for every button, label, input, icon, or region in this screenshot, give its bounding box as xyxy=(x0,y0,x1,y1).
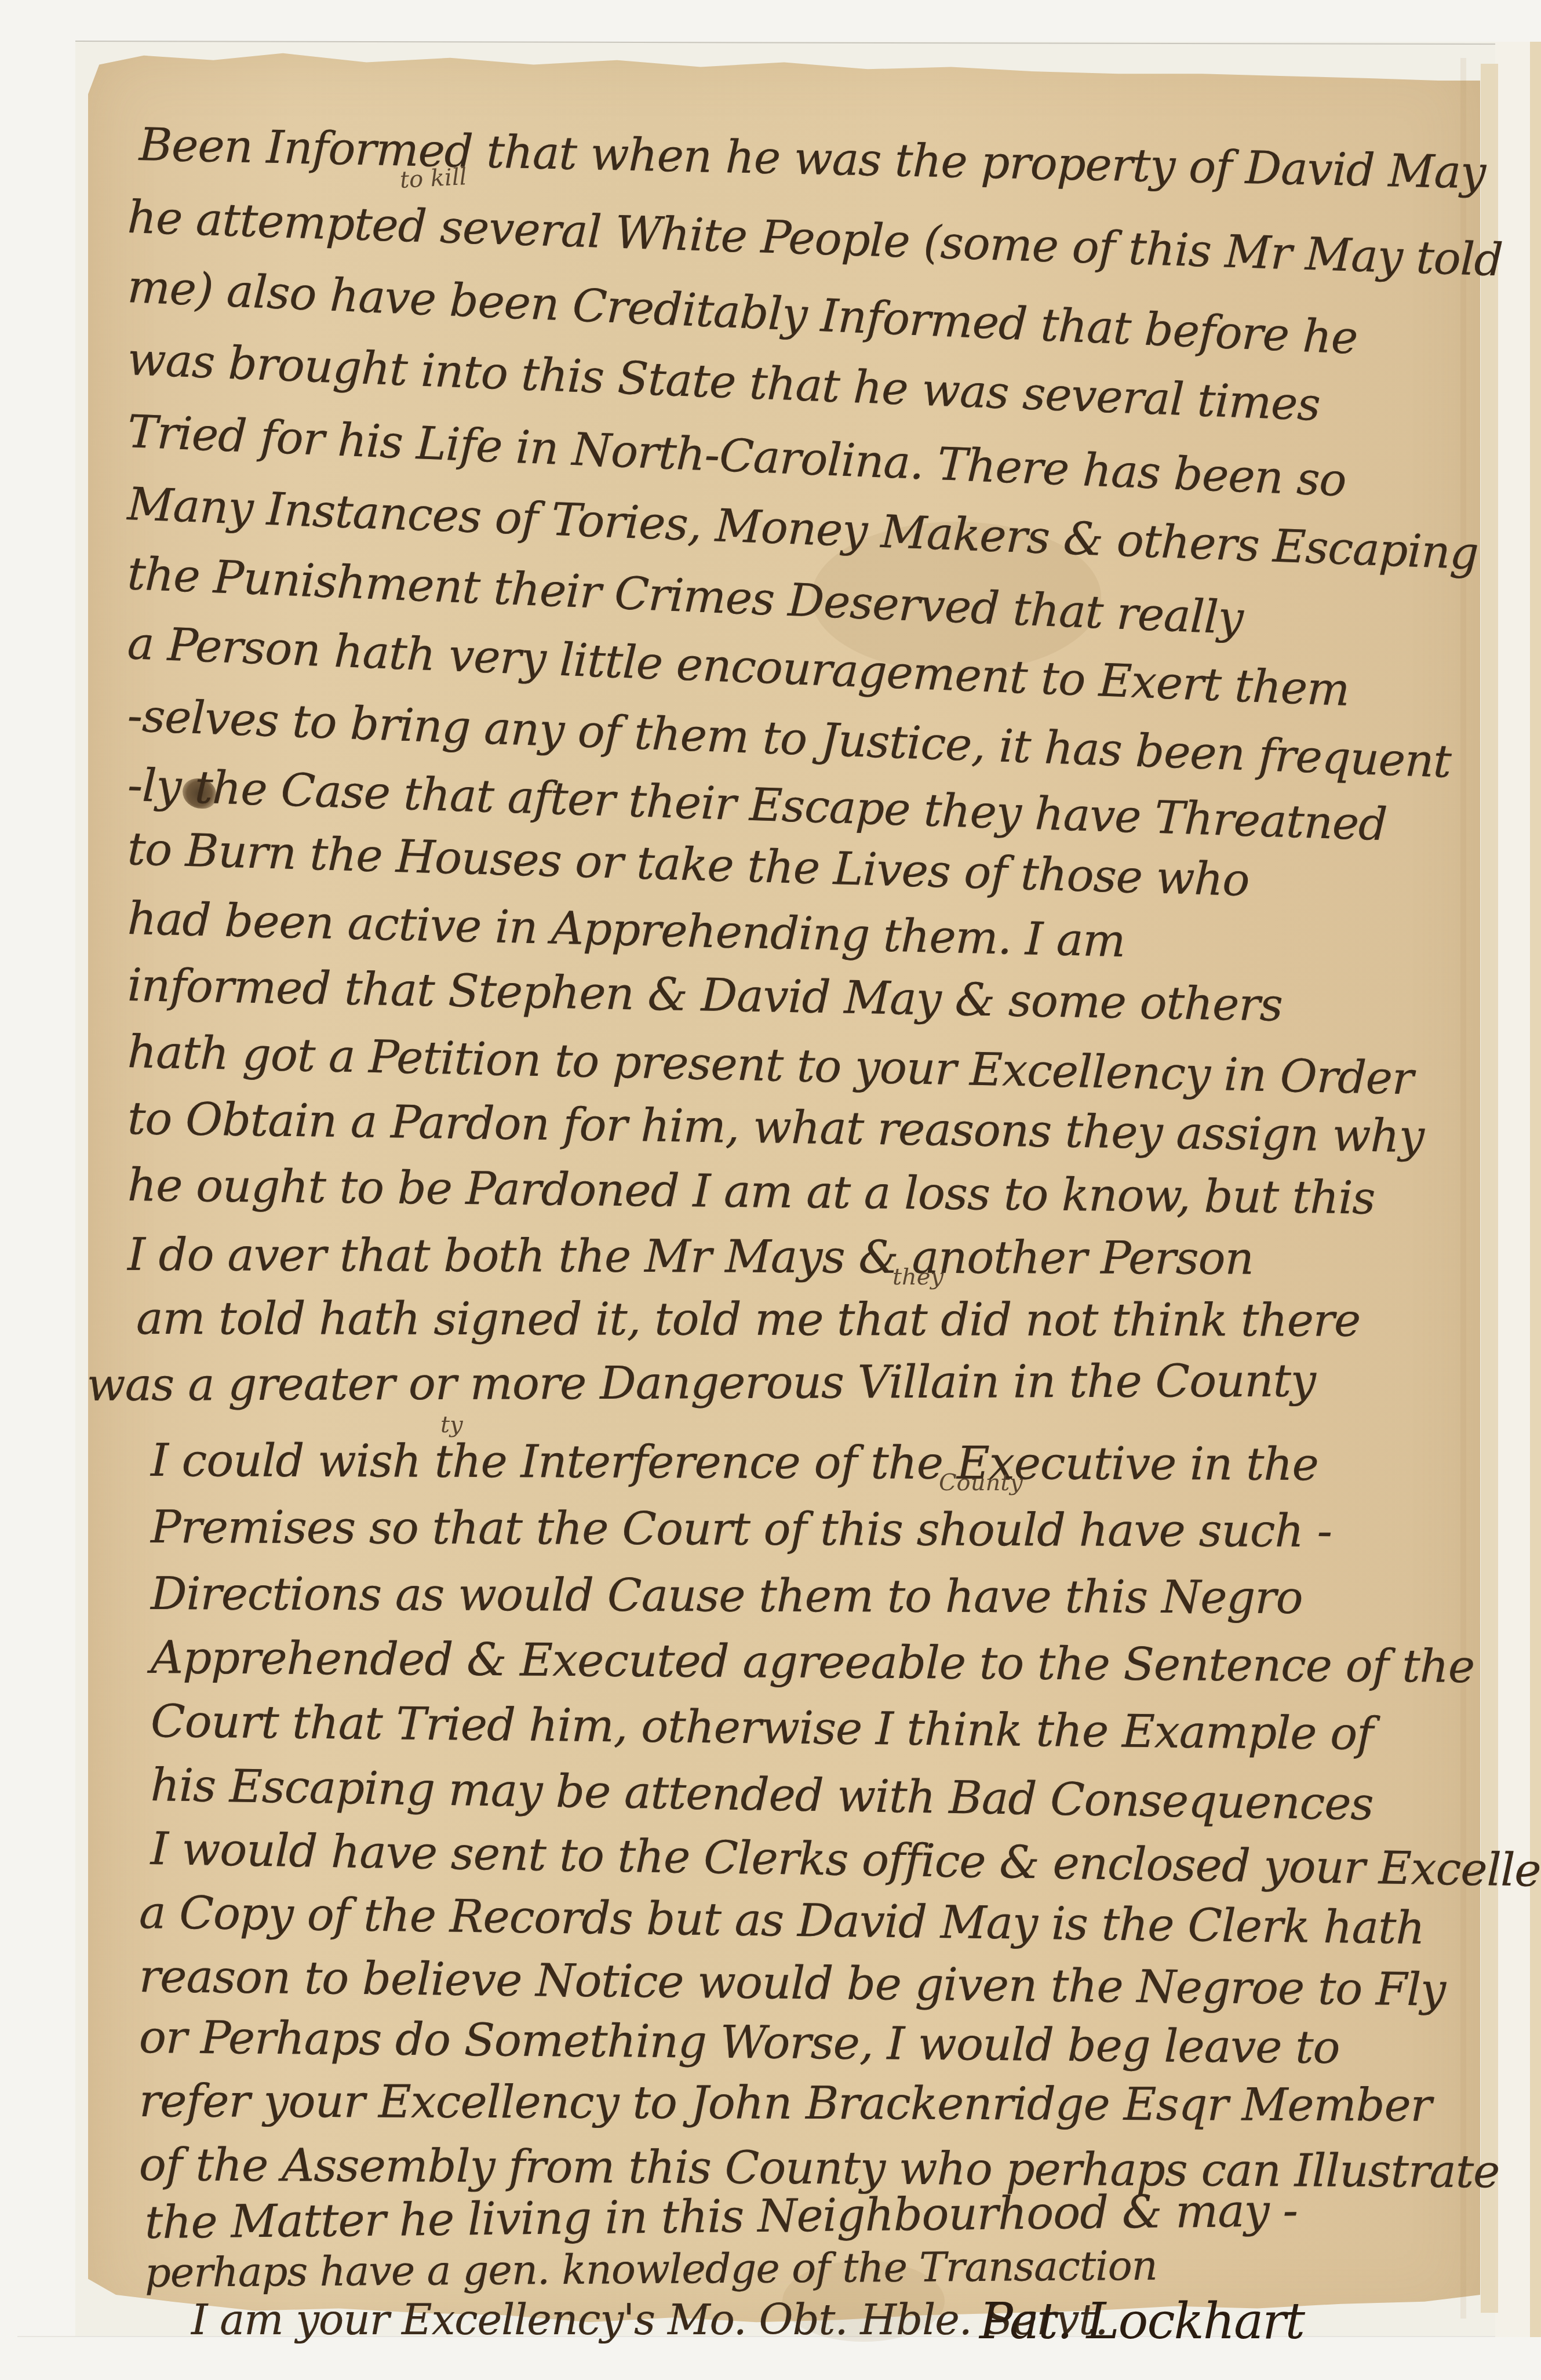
paper-right-edge xyxy=(1481,64,1498,2313)
letter-line: Apprehended & Executed agreeable to the … xyxy=(151,1632,1475,1693)
letter-line: I could wish the Interference of the Exe… xyxy=(151,1435,1318,1491)
interlinear-insertion: County xyxy=(939,1469,1023,1496)
letter-line: refer your Excellency to John Brackenrid… xyxy=(139,2075,1431,2132)
letter-line: or Perhaps do Something Worse, I would b… xyxy=(139,2011,1340,2074)
interlinear-insertion: ty xyxy=(440,1411,463,1438)
letter-closing: I am your Excellency's Mo. Obt. Hble. Se… xyxy=(191,2295,1108,2344)
interlinear-insertion: to kill xyxy=(399,163,468,194)
letter-line: perhaps have a gen. knowledge of the Tra… xyxy=(145,2242,1157,2297)
letter-line: I do aver that both the Mr Mays & anothe… xyxy=(127,1229,1254,1285)
letter-line: am told hath signed it, told me that did… xyxy=(136,1293,1360,1347)
interlinear-insertion: they xyxy=(892,1264,943,1290)
paper-fold-crease xyxy=(1460,58,1466,2319)
letter-line: Directions as would Cause them to have t… xyxy=(151,1568,1303,1624)
letter-line: was a greater or more Dangerous Villain … xyxy=(87,1355,1316,1411)
adjacent-page-edge xyxy=(1530,42,1541,2337)
signature: Pat. Lockhart xyxy=(979,2292,1304,2350)
letter-line: Premises so that the Court of this shoul… xyxy=(151,1501,1332,1557)
